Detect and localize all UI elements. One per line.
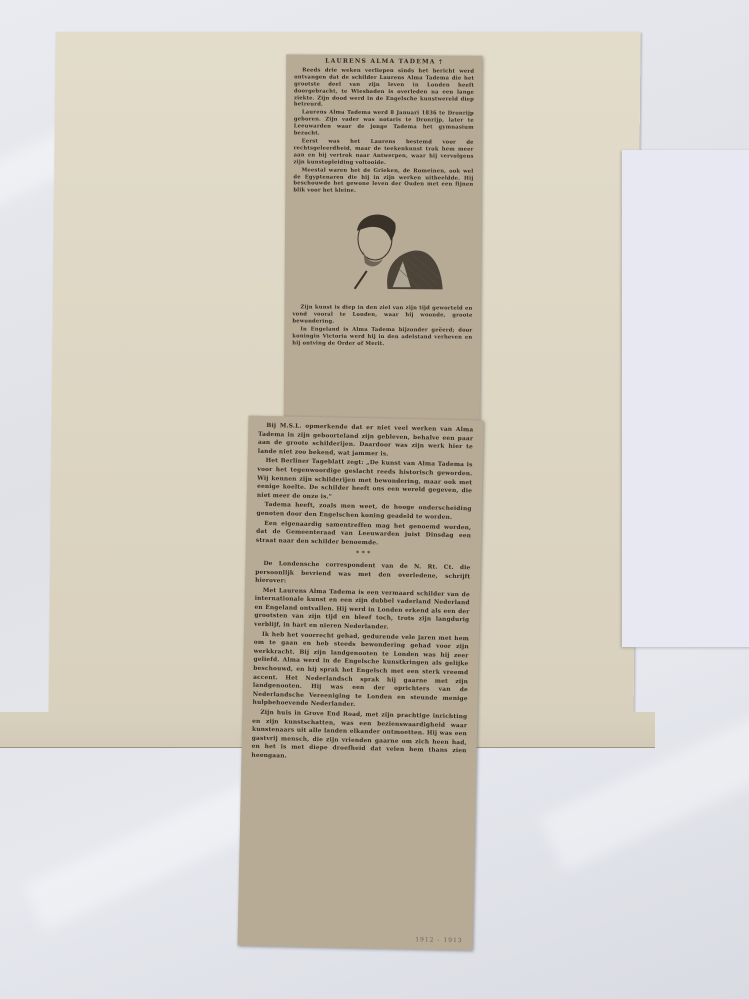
- article-paragraph: Een eigenaardig samentreffen mag het gen…: [256, 519, 471, 549]
- section-separator: * * *: [256, 548, 471, 561]
- clipping-headline: LAURENS ALMA TADEMA †: [294, 58, 474, 66]
- article-paragraph: Reeds drie weken verliepen sinds het ber…: [294, 67, 474, 110]
- article-paragraph: Ik heb het voorrecht gehad, gedurende ve…: [252, 630, 469, 712]
- white-paper-sheet: [622, 150, 749, 647]
- article-paragraph: Laurens Alma Tadema werd 8 Januari 1836 …: [294, 110, 474, 139]
- article-paragraph: De Londensche correspondent van de N. Rt…: [255, 560, 470, 590]
- portrait-illustration: [293, 201, 474, 302]
- article-paragraph: Eerst was het Laurens bestemd voor de re…: [294, 138, 474, 167]
- article-paragraph: Met Laurens Alma Tadema is een vermaard …: [254, 586, 470, 633]
- archive-stamp: 1912 - 1913: [415, 936, 463, 944]
- portrait-caption: In Engeland is Alma Tadema bijzonder geë…: [292, 326, 472, 348]
- newspaper-clipping-bottom: Bij M.S.L. opmerkende dat er niet veel w…: [237, 416, 483, 951]
- article-paragraph: Meestal waren het de Grieken, de Romeine…: [293, 167, 473, 196]
- newspaper-clipping-top: LAURENS ALMA TADEMA † Reeds drie weken v…: [284, 54, 483, 423]
- article-paragraph: Zijn huis in Grove End Road, met zijn pr…: [251, 709, 467, 765]
- article-paragraph: Het Berliner Tageblatt zegt: „De kunst v…: [257, 457, 473, 504]
- portrait-caption: Zijn kunst is diep in den ziel van zijn …: [292, 305, 472, 327]
- portrait-drawing-icon: [293, 201, 474, 302]
- article-paragraph: Bij M.S.L. opmerkende dat er niet veel w…: [258, 422, 474, 461]
